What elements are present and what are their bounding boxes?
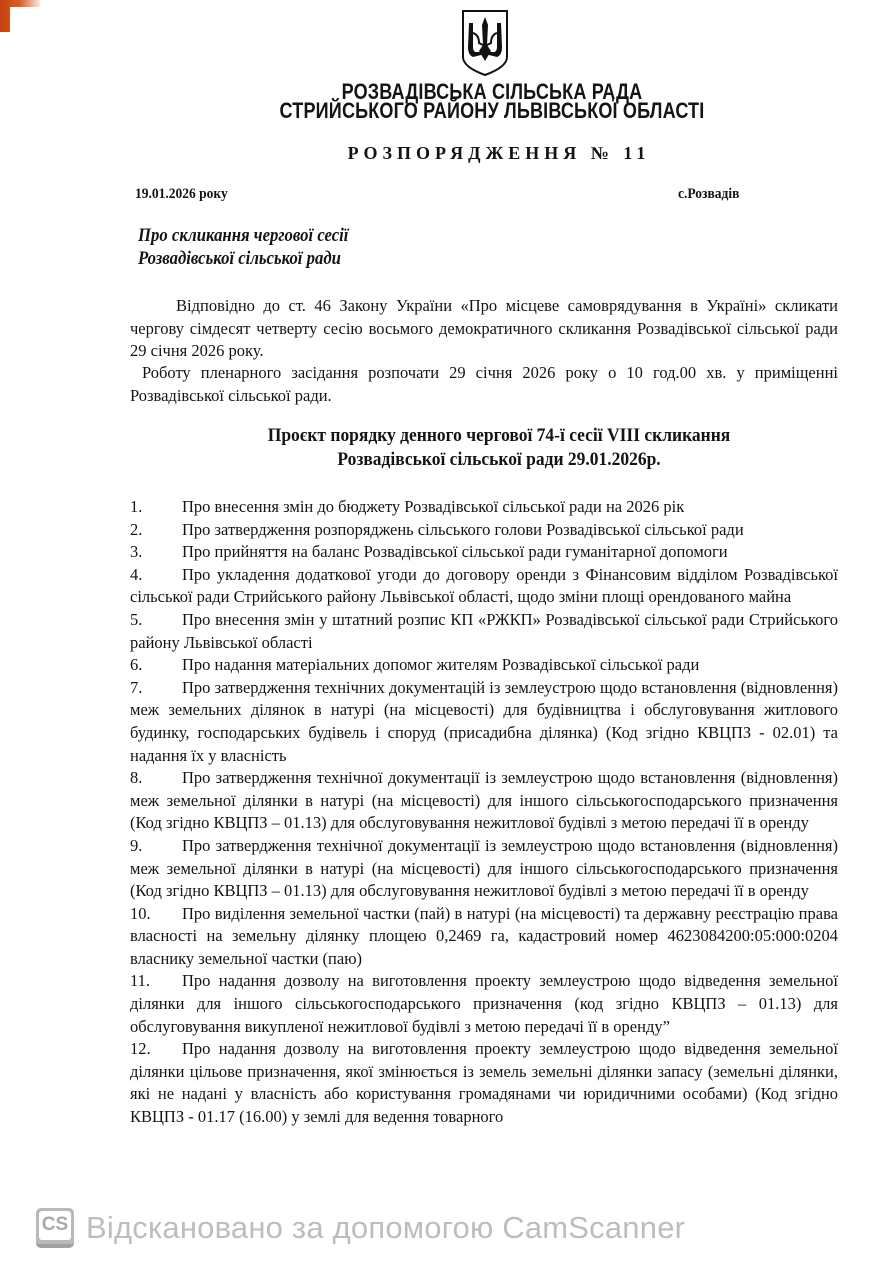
agenda-item: 7.Про затвердження технічних документаці… [130,677,838,767]
agenda-item-number: 5. [130,609,182,632]
agenda-item: 8.Про затвердження технічної документаці… [130,767,838,835]
agenda-item-text: Про затвердження технічної документації … [130,768,838,832]
agenda-item-text: Про затвердження технічних документацій … [130,678,838,765]
agenda-item: 2.Про затвердження розпоряджень сільсько… [130,519,838,542]
agenda-item-text: Про надання дозволу на виготовлення прое… [130,1039,838,1126]
document-place: с.Розвадів [678,186,739,203]
camscanner-watermark: CS Відскановано за допомогою CamScanner [36,1208,685,1248]
agenda-item: 1.Про внесення змін до бюджету Розвадівс… [130,496,838,519]
document-date: 19.01.2026 року [135,186,228,203]
agenda-title-line-2: Розвадівської сільської ради 29.01.2026р… [88,448,894,472]
agenda-item: 3.Про прийняття на баланс Розвадівської … [130,541,838,564]
body-paragraph-schedule: Роботу пленарного засідання розпочати 29… [130,362,838,407]
agenda-item-number: 7. [130,677,182,700]
agenda-item: 10.Про виділення земельної частки (пай) … [130,903,838,971]
scan-corner-mark [0,0,40,32]
agenda-item-text: Про затвердження технічної документації … [130,836,838,900]
agenda-item-number: 10. [130,903,182,926]
agenda-item-text: Про виділення земельної частки (пай) в н… [130,904,838,968]
agenda-item-text: Про прийняття на баланс Розвадівської сі… [182,542,728,561]
agenda-item-number: 3. [130,541,182,564]
subject-line-1: Про скликання чергової сесії [138,224,348,247]
agenda-item: 4.Про укладення додаткової угоди до дого… [130,564,838,609]
agenda-item-number: 12. [130,1038,182,1061]
agenda-item-number: 11. [130,970,182,993]
agenda-item-number: 1. [130,496,182,519]
document-subject: Про скликання чергової сесії Розвадівськ… [138,224,348,270]
district-name: СТРИЙСЬКОГО РАЙОНУ ЛЬВІВСЬКОЇ ОБЛАСТІ [125,98,858,124]
agenda-item-text: Про внесення змін у штатний розпис КП «Р… [130,610,838,652]
agenda-item-number: 4. [130,564,182,587]
agenda-item-number: 8. [130,767,182,790]
agenda-item-number: 2. [130,519,182,542]
agenda-item-number: 6. [130,654,182,677]
camscanner-logo-icon: CS [36,1208,74,1248]
agenda-item-text: Про укладення додаткової угоди до догово… [130,565,838,607]
agenda-item-number: 9. [130,835,182,858]
agenda-item: 12.Про надання дозволу на виготовлення п… [130,1038,838,1128]
camscanner-watermark-text: Відскановано за допомогою CamScanner [86,1210,685,1246]
ukraine-trident-icon [457,5,513,77]
agenda-item: 6.Про надання матеріальних допомог жител… [130,654,838,677]
agenda-title: Проєкт порядку денного чергової 74-ї сес… [88,424,894,472]
agenda-item: 11.Про надання дозволу на виготовлення п… [130,970,838,1038]
agenda-item-text: Про внесення змін до бюджету Розвадівськ… [182,497,684,516]
agenda-item: 5.Про внесення змін у штатний розпис КП … [130,609,838,654]
body-paragraph-convene: Відповідно до ст. 46 Закону України «Про… [130,295,838,363]
document-type-title: РОЗПОРЯДЖЕННЯ № 11 [52,143,894,164]
agenda-item-text: Про надання дозволу на виготовлення прое… [130,971,838,1035]
agenda-title-line-1: Проєкт порядку денного чергової 74-ї сес… [88,424,894,448]
agenda-item-text: Про надання матеріальних допомог жителям… [182,655,699,674]
agenda-item-text: Про затвердження розпоряджень сільського… [182,520,744,539]
agenda-item: 9.Про затвердження технічної документаці… [130,835,838,903]
agenda-list: 1.Про внесення змін до бюджету Розвадівс… [130,496,838,1129]
subject-line-2: Розвадівської сільської ради [138,247,348,270]
